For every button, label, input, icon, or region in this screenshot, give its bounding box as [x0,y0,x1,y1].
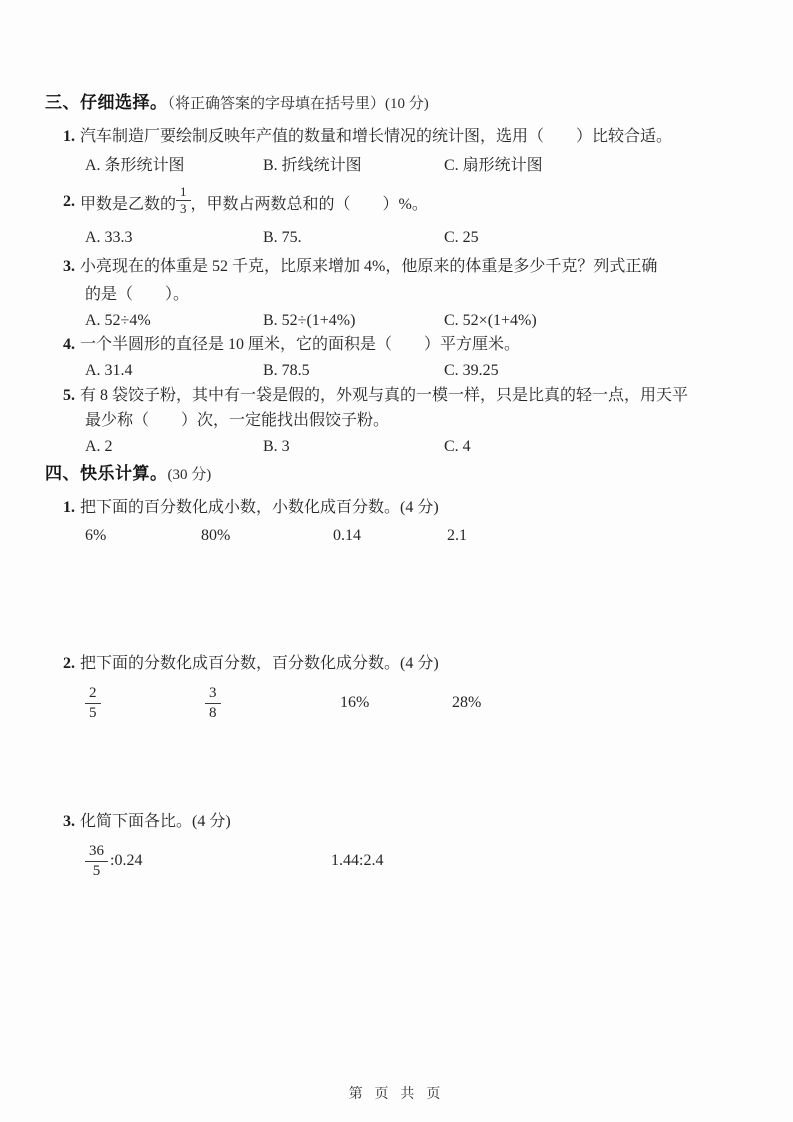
fraction-two-fifths: 25 [85,685,205,722]
fraction-numerator: 3 [205,685,221,704]
ratio-suffix: :0.24 [110,851,142,871]
question-1-option-a: A. 条形统计图 [85,156,263,176]
fraction: 365 [85,843,108,880]
question-2-option-b: B. 75. [263,228,444,248]
question-5-option-b: B. 3 [263,437,444,457]
ratio-decimal-item: 1.44:2.4 [331,851,383,871]
question-3-number: 3. [63,258,75,275]
question-1: 1.汽车制造厂要绘制反映年产值的数量和增长情况的统计图，选用（ ）比较合适。 [45,127,745,147]
section-four-heading: 四、快乐计算。(30 分) [45,464,745,485]
calc-question-3-values: 365:0.241.44:2.4 [45,838,745,884]
calc-question-1-values: 6%80%0.142.1 [45,526,745,546]
question-5: 5.有 8 袋饺子粉，其中有一袋是假的，外观与真的一模一样，只是比真的轻一点，用… [45,386,745,406]
fraction-numerator: 36 [85,843,108,862]
question-3-text-line1: 小亮现在的体重是 52 千克，比原来增加 4%，他原来的体重是多少千克？列式正确 [80,258,657,275]
question-5-option-a: A. 2 [85,437,263,457]
question-4: 4.一个半圆形的直径是 10 厘米，它的面积是（ ）平方厘米。 [45,335,745,355]
fraction: 25 [85,685,101,722]
question-5-option-c: C. 4 [444,437,471,457]
section-three-note: （将正确答案的字母填在括号里）(10 分) [168,96,429,112]
value-decimal-014: 0.14 [333,526,447,546]
question-3-options: A. 52÷4%B. 52÷(1+4%)C. 52×(1+4%) [45,311,745,331]
fraction-denominator: 5 [85,704,101,722]
calc-question-3-number: 3. [63,813,75,830]
question-3-option-a: A. 52÷4% [85,311,263,331]
value-percent-6: 6% [85,526,201,546]
value-decimal-21: 2.1 [447,526,467,546]
calc-question-2: 2.把下面的分数化成百分数，百分数化成分数。(4 分) [45,654,745,674]
question-4-text: 一个半圆形的直径是 10 厘米，它的面积是（ ）平方厘米。 [80,336,520,353]
calc-question-1-text: 把下面的百分数化成小数，小数化成百分数。(4 分) [80,499,439,516]
question-1-options: A. 条形统计图B. 折线统计图C. 扇形统计图 [45,156,745,176]
question-5-continuation: 最少称（ ）次，一定能找出假饺子粉。 [45,411,745,431]
question-4-option-c: C. 39.25 [444,361,499,381]
question-3-option-c: C. 52×(1+4%) [444,311,537,331]
question-2-text-before: 甲数是乙数的 [80,191,176,214]
question-1-text: 汽车制造厂要绘制反映年产值的数量和增长情况的统计图，选用（ ）比较合适。 [80,128,672,145]
question-4-number: 4. [63,336,75,353]
section-three: 三、仔细选择。（将正确答案的字母填在括号里）(10 分) 1.汽车制造厂要绘制反… [45,93,745,457]
section-three-title: 三、仔细选择。 [45,93,168,112]
question-3-continuation: 的是（ ）。 [45,285,745,305]
calc-question-2-number: 2. [63,655,75,672]
section-three-heading: 三、仔细选择。（将正确答案的字母填在括号里）(10 分) [45,93,745,114]
question-4-option-b: B. 78.5 [263,361,444,381]
fraction-numerator: 2 [85,685,101,704]
question-1-number: 1. [63,128,75,145]
question-2-text-after: ，甲数占两数总和的（ ）%。 [191,191,428,214]
question-3-text-line2: 的是（ ）。 [85,286,189,303]
question-2-option-a: A. 33.3 [85,228,263,248]
value-percent-80: 80% [201,526,333,546]
question-4-options: A. 31.4B. 78.5C. 39.25 [45,361,745,381]
fraction-denominator: 5 [85,862,108,880]
question-2-number: 2. [63,193,75,211]
calc-question-1: 1.把下面的百分数化成小数，小数化成百分数。(4 分) [45,498,745,518]
question-5-options: A. 2B. 3C. 4 [45,437,745,457]
question-5-text-line1: 有 8 袋饺子粉，其中有一袋是假的，外观与真的一模一样，只是比真的轻一点，用天平 [80,387,688,404]
question-5-number: 5. [63,387,75,404]
fraction-denominator: 8 [205,704,221,722]
value-percent-16: 16% [340,693,452,713]
page-footer: 第 页 共 页 [0,1083,793,1103]
question-5-text-line2: 最少称（ ）次，一定能找出假饺子粉。 [85,412,389,429]
value-percent-28: 28% [452,693,481,713]
section-four-note: (30 分) [168,467,212,483]
ratio-fraction-item: 365:0.24 [85,843,331,880]
question-3-option-b: B. 52÷(1+4%) [263,311,444,331]
calc-question-3-text: 化简下面各比。(4 分) [80,813,231,830]
question-1-option-c: C. 扇形统计图 [444,156,543,176]
calc-question-3: 3.化简下面各比。(4 分) [45,812,745,832]
fraction: 38 [205,685,221,722]
fraction-one-third: 13 [176,185,191,216]
fraction-denominator: 3 [176,201,191,216]
worksheet-page: 三、仔细选择。（将正确答案的字母填在括号里）(10 分) 1.汽车制造厂要绘制反… [0,0,793,1122]
question-4-option-a: A. 31.4 [85,361,263,381]
question-3: 3.小亮现在的体重是 52 千克，比原来增加 4%，他原来的体重是多少千克？列式… [45,257,745,277]
fraction-three-eighths: 38 [205,685,340,722]
question-2-options: A. 33.3B. 75.C. 25 [45,228,745,248]
question-2-option-c: C. 25 [444,228,479,248]
calc-question-2-text: 把下面的分数化成百分数，百分数化成分数。(4 分) [80,655,439,672]
question-1-option-b: B. 折线统计图 [263,156,444,176]
section-four-title: 四、快乐计算。 [45,464,168,483]
section-four: 四、快乐计算。(30 分) 1.把下面的百分数化成小数，小数化成百分数。(4 分… [45,464,745,884]
question-2: 2.甲数是乙数的13，甲数占两数总和的（ ）%。 [45,184,745,220]
calc-question-2-values: 253816%28% [45,680,745,726]
fraction-numerator: 1 [176,185,191,201]
calc-question-1-number: 1. [63,499,75,516]
